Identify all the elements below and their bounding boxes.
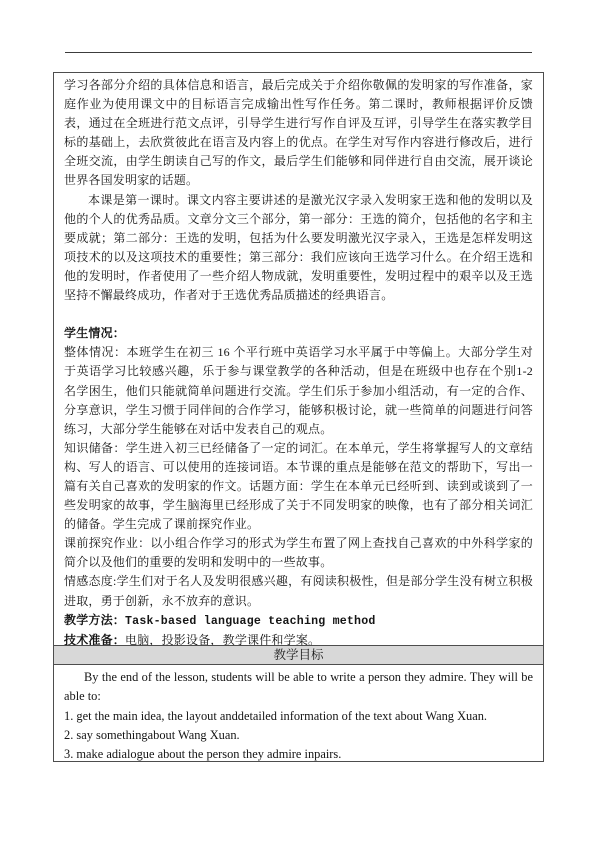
objective-item-2: 2. say somethingabout Wang Xuan. <box>64 726 533 745</box>
paragraph-overall-situation: 整体情况：本班学生在初三 16 个平行班中英语学习水平属于中等偏上。大部分学生对… <box>64 343 533 438</box>
objectives-intro: By the end of the lesson, students will … <box>64 668 533 707</box>
teaching-goal-header-label: 教学目标 <box>273 648 323 662</box>
paragraph-preclass-assignment: 课前探究作业：以小组合作学习的形式为学生布置了网上查找自己喜欢的中外科学家的简介… <box>64 534 533 572</box>
page-header-rule <box>65 52 532 53</box>
lesson-overview-paragraph: 本课是第一课时。课文内容主要讲述的是激光汉字录入发明家王选和他的发明以及他的个人… <box>64 191 533 306</box>
objective-item-1: 1. get the main idea, the layout anddeta… <box>64 707 533 726</box>
tech-prep-label: 技术准备： <box>64 633 125 646</box>
tech-prep-line: 技术准备：电脑，投影设备，教学课件和学案。 <box>64 631 533 646</box>
lesson-analysis-cell: 学习各部分介绍的具体信息和语言，最后完成关于介绍你敬佩的发明家的写作准备，家庭作… <box>54 73 543 646</box>
teaching-method-line: 教学方法：Task-based language teaching method <box>64 611 533 631</box>
teaching-objectives-cell: By the end of the lesson, students will … <box>54 665 543 761</box>
teaching-goal-header-row: 教学目标 <box>54 646 543 665</box>
student-info-heading: 学生情况： <box>64 324 533 343</box>
paragraph-affective-attitude: 情感态度:学生们对于名人及发明很感兴趣，有阅读积极性，但是部分学生没有树立积极进… <box>64 572 533 610</box>
paragraph-knowledge-reserve: 知识储备：学生进入初三已经储备了一定的词汇。在本单元，学生将掌握写人的文章结构、… <box>64 439 533 534</box>
teaching-method-value: Task-based language teaching method <box>125 615 376 628</box>
tech-prep-value: 电脑，投影设备，教学课件和学案。 <box>125 633 320 646</box>
continuation-paragraph: 学习各部分介绍的具体信息和语言，最后完成关于介绍你敬佩的发明家的写作准备，家庭作… <box>64 76 533 191</box>
objective-item-3: 3. make adialogue about the person they … <box>64 745 533 761</box>
lesson-plan-table: 学习各部分介绍的具体信息和语言，最后完成关于介绍你敬佩的发明家的写作准备，家庭作… <box>53 72 544 762</box>
teaching-method-label: 教学方法： <box>64 613 125 627</box>
